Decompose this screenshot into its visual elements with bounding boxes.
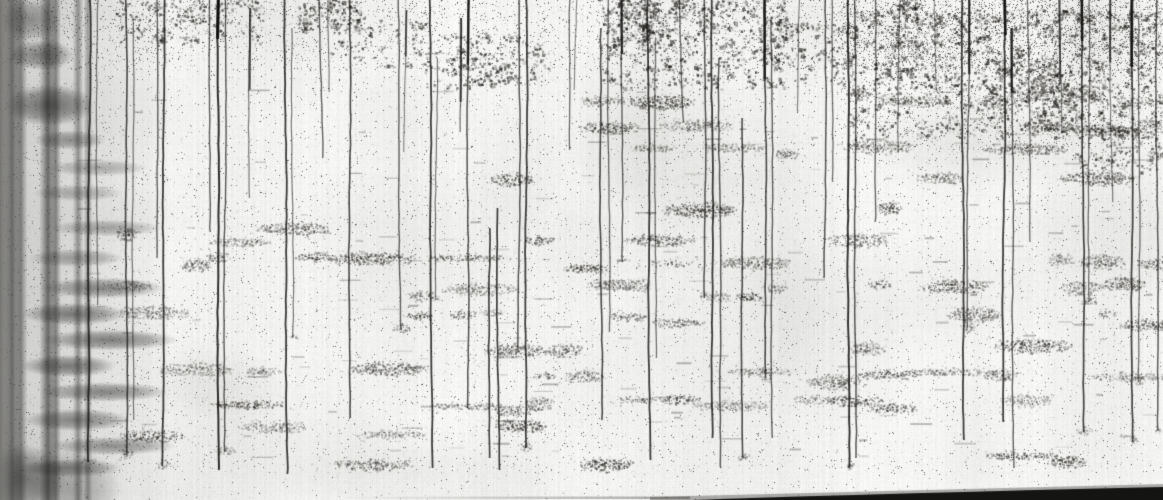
scanned-photo-page: [0, 0, 1163, 500]
echogram-scan-image: [0, 0, 1163, 500]
